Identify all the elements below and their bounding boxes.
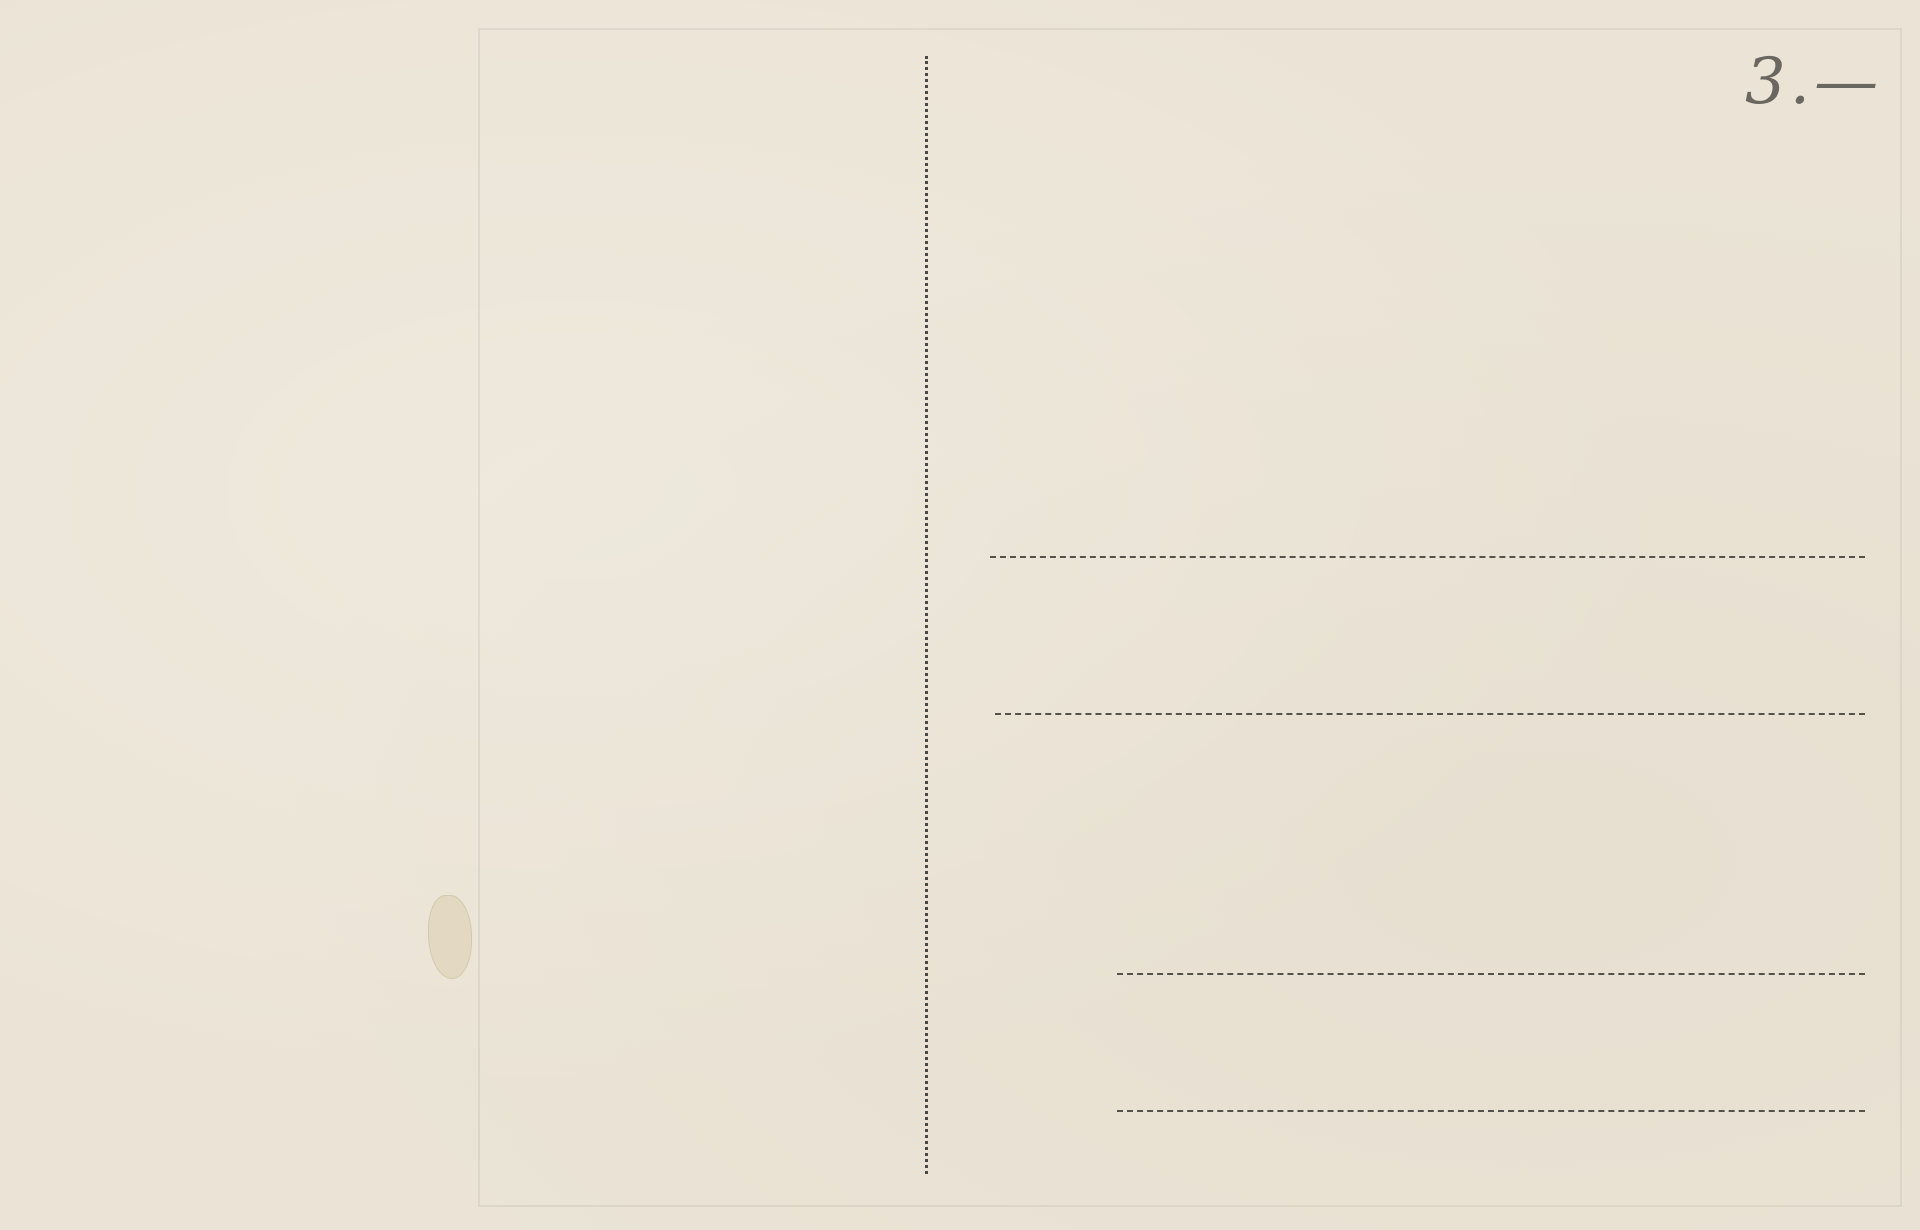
message-address-divider [925,56,928,1174]
postcard-back: 3.— [0,0,1920,1230]
handwritten-price: 3.— [1745,45,1882,119]
paper-stain [428,895,472,979]
address-line-3 [1117,973,1865,975]
address-line-1 [990,556,1865,558]
faint-printed-border [478,28,1902,1207]
address-line-4 [1117,1110,1865,1112]
address-line-2 [995,713,1865,715]
